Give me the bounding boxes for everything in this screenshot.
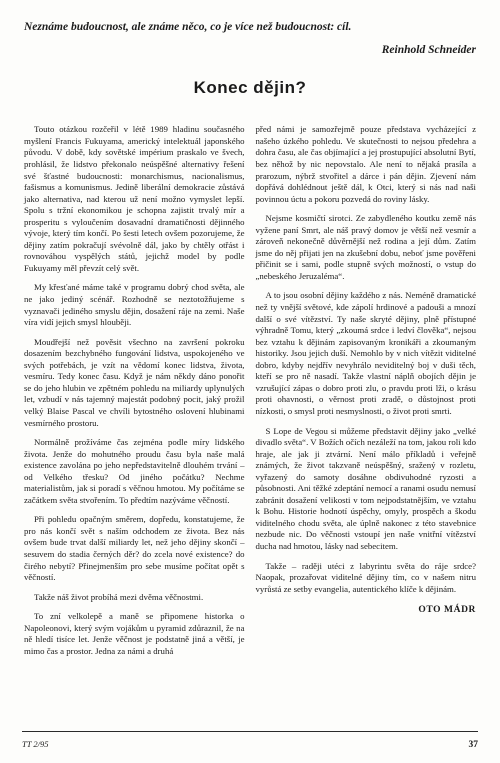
paragraph: Moudřejší než pověsit všechno na završen… [24, 337, 245, 429]
journal-issue-label: TT 2/95 [22, 739, 49, 749]
paragraph: To zní velkolepě a maně se připomene his… [24, 611, 245, 657]
article-body: Touto otázkou rozčeřil v létě 1989 hladi… [24, 124, 476, 665]
paragraph: My křesťané máme také v programu dobrý c… [24, 282, 245, 328]
paragraph: A to jsou osobní dějiny každého z nás. N… [256, 290, 477, 417]
epigraph-quote: Neznáme budoucnost, ale známe něco, co j… [24, 20, 476, 34]
paragraph: Normálně prožíváme čas zejména podle mír… [24, 437, 245, 506]
paragraph: Nejsme kosmičtí sirotci. Ze zabydleného … [256, 213, 477, 282]
magazine-page: Neznáme budoucnost, ale známe něco, co j… [0, 0, 500, 763]
paragraph: Takže – raději utéci z labyrintu světa d… [256, 561, 477, 596]
paragraph: Takže náš život probíhá mezi dvěma věčno… [24, 592, 245, 604]
right-column: před námi je samozřejmě pouze představa … [256, 124, 477, 665]
paragraph: Při pohledu opačným směrem, dopředu, kon… [24, 514, 245, 583]
page-number: 37 [469, 740, 479, 750]
paragraph: S Lope de Vegou si můžeme představit děj… [256, 426, 477, 553]
page-footer: TT 2/95 37 [22, 731, 478, 750]
paragraph: před námi je samozřejmě pouze představa … [256, 124, 477, 205]
author-signature: OTO MÁDR [256, 605, 477, 617]
epigraph-attribution: Reinhold Schneider [24, 44, 476, 56]
left-column: Touto otázkou rozčeřil v létě 1989 hladi… [24, 124, 245, 665]
paragraph: Touto otázkou rozčeřil v létě 1989 hladi… [24, 124, 245, 274]
article-title: Konec dějin? [24, 78, 476, 98]
